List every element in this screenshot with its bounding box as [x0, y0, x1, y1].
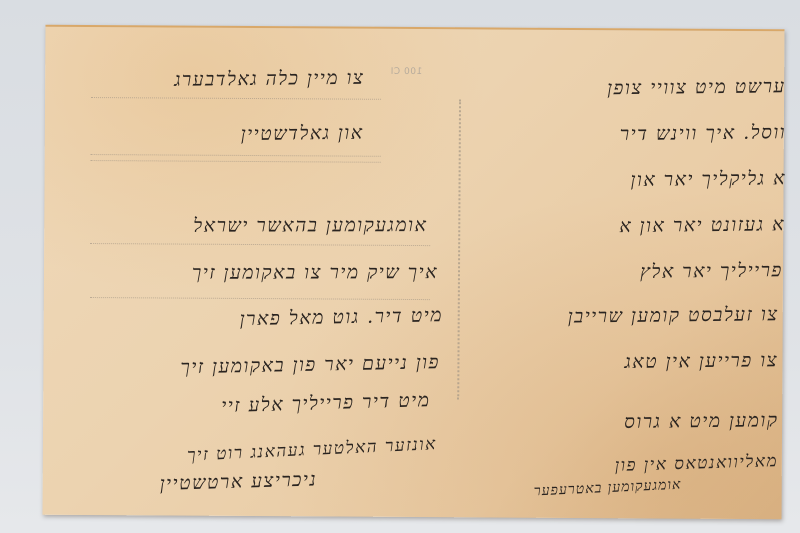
left-message-line-4: פון נייעם יאר פון באקומען זיך [181, 351, 441, 379]
address-line-4 [90, 243, 430, 246]
address-line-text-2: און גאלדשטיין [241, 122, 364, 146]
right-message-line-5: פרייליך יאר אלץ [640, 259, 783, 284]
right-message-line-4: א געזונט יאר און א [620, 213, 786, 238]
address-line-5 [90, 297, 430, 300]
left-message-line-5: מיט דיר פרייליך אלע זיי [221, 389, 431, 418]
left-message-signature: ניכריצע ארטשטיין [159, 468, 317, 496]
left-message-line-3: מיט דיר. גוט מאל פארן [239, 304, 443, 331]
right-message-line-6: צו זעלבסט קומען שרייבן [568, 303, 779, 328]
center-divider [457, 99, 461, 399]
left-message-line-2: איך שיק מיר צו באקומען זיך [192, 261, 438, 285]
postcard: 100 CI צו מיין כלה גאלדבערג און גאלדשטיי… [43, 25, 785, 520]
left-message-line-6: אונזער האלטער געהאנג רוט זיך [187, 434, 437, 466]
address-line-3 [91, 160, 381, 163]
right-message-line-9: מאליוואנטאס אין פון [614, 451, 778, 476]
left-message-line-1: אומגעקומען בהאשר ישראל [193, 214, 427, 238]
address-line-text-1: צו מיין כלה גאלדבערג [174, 67, 364, 92]
right-message-line-8: קומען מיט א גרוס [624, 409, 779, 434]
printed-stamp-text: 100 CI [390, 67, 422, 77]
right-message-line-3: א גליקליך יאר און [630, 167, 786, 192]
right-message-line-7: צו פרייען אין טאג [625, 349, 779, 374]
address-line-1 [91, 97, 381, 100]
photo-scene: 100 CI צו מיין כלה גאלדבערג און גאלדשטיי… [0, 0, 800, 533]
address-line-2 [91, 154, 381, 157]
right-message-line-2: ווסל. איך ווינש דיר [619, 121, 786, 146]
right-message-line-1: ערשט מיט צוויי צופן [607, 75, 786, 100]
right-message-line-10: אומגעקומען באטרעפער [534, 477, 682, 501]
